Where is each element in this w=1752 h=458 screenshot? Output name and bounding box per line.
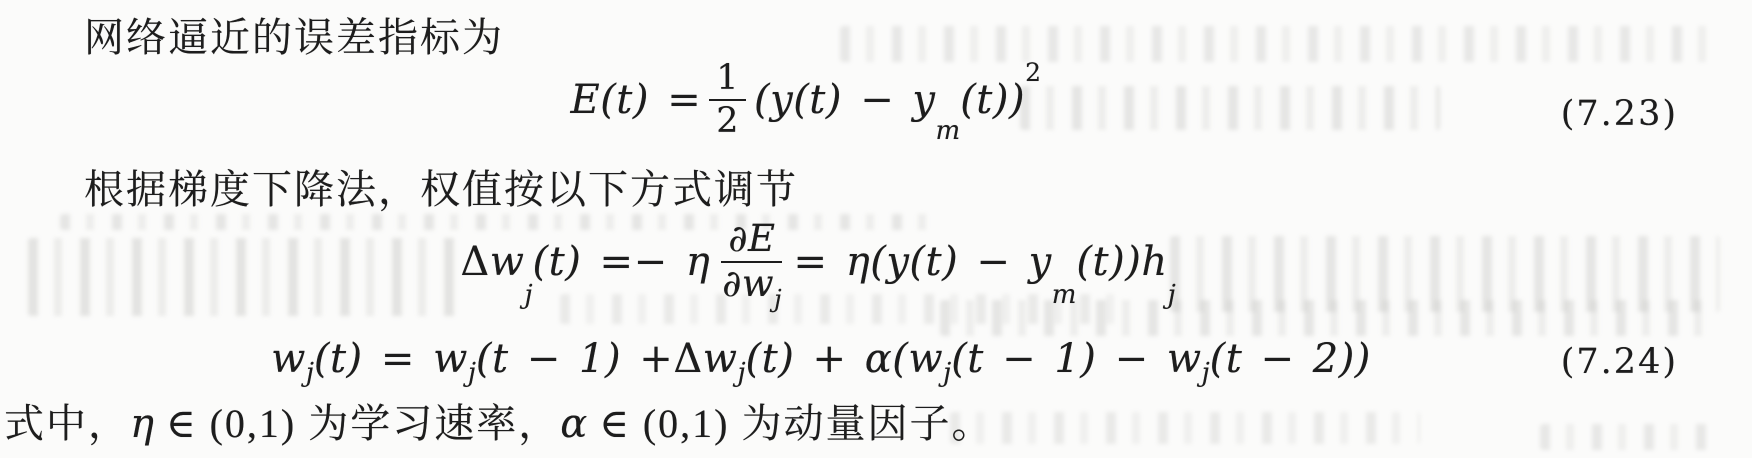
subscript-j: j — [306, 358, 314, 388]
para3-mid: ∈ (0,1) 为学习速率， — [154, 401, 560, 446]
equation-7-24-body: w j (t) = w j (t − 1) + Δ w j (t) + α(w … — [271, 336, 1371, 382]
eq2-rhs-close: (t))h — [1076, 239, 1167, 285]
equation-7-23-body: E(t) = 1 2 (y(t) − y m (t)) 2 — [571, 60, 1042, 140]
eq2-mid: (t) =− η — [533, 239, 711, 285]
eq1-body: (y(t) − y — [754, 77, 936, 123]
para3-end: ∈ (0,1) 为动量因子。 — [587, 401, 993, 446]
superscript-2: 2 — [1025, 58, 1041, 87]
eq3-p3: (t − 1) + — [476, 336, 673, 382]
subscript-m: m — [936, 116, 961, 146]
paragraph-gradient-descent: 根据梯度下降法，权值按以下方式调节 — [84, 158, 798, 215]
fraction-denominator: ∂wj — [718, 263, 785, 304]
eq2-w: w — [490, 239, 525, 285]
subscript-j: j — [524, 280, 532, 310]
subscript-j: j — [468, 358, 476, 388]
eq2-rhs: = η(y(t) − y — [794, 239, 1052, 285]
equation-7-23: E(t) = 1 2 (y(t) − y m (t)) 2 — [0, 60, 1752, 140]
bleed-through-artifact — [840, 26, 1720, 62]
eta-symbol: η — [130, 401, 154, 447]
equation-delta-w-body: Δ w j (t) =− η ∂E ∂wj = η(y(t) − y m (t)… — [460, 220, 1175, 304]
fraction-partial-derivative: ∂E ∂wj — [718, 220, 785, 304]
subscript-j: j — [1168, 280, 1176, 310]
subscript-j: j — [1202, 358, 1210, 388]
bleed-through-artifact — [950, 412, 1420, 444]
paragraph-parameter-definitions: 式中，η ∈ (0,1) 为学习速率，α ∈ (0,1) 为动量因子。 — [4, 392, 993, 449]
eq3-p4: (t) + α(w — [746, 336, 944, 382]
eq3-p6: (t − 2)) — [1210, 336, 1371, 382]
subscript-j: j — [943, 358, 951, 388]
eq3-p5: (t − 1) − w — [951, 336, 1201, 382]
equation-delta-w: Δ w j (t) =− η ∂E ∂wj = η(y(t) − y m (t)… — [0, 220, 1752, 304]
paragraph-intro-error-index: 网络逼近的误差指标为 — [84, 6, 504, 63]
fraction-one-half: 1 2 — [709, 60, 746, 140]
alpha-symbol: α — [560, 401, 587, 447]
subscript-j: j — [737, 358, 745, 388]
eq1-lhs: E(t) = — [571, 77, 702, 123]
equation-number-7-23: (7.23) — [1561, 94, 1678, 134]
subscript-m: m — [1052, 280, 1077, 310]
delta-symbol: Δ — [673, 336, 702, 382]
eq3-w: w — [271, 336, 306, 382]
bleed-through-artifact — [1540, 424, 1720, 450]
eq3-w2: w — [703, 336, 738, 382]
eq3-p2: (t) = w — [314, 336, 468, 382]
eq1-body-close: (t)) — [960, 77, 1025, 123]
para3-lead: 式中， — [4, 401, 130, 446]
subscript-j: j — [774, 287, 781, 312]
delta-symbol: Δ — [460, 239, 489, 285]
equation-7-24: w j (t) = w j (t − 1) + Δ w j (t) + α(w … — [0, 336, 1752, 382]
equation-number-7-24: (7.24) — [1561, 342, 1678, 382]
